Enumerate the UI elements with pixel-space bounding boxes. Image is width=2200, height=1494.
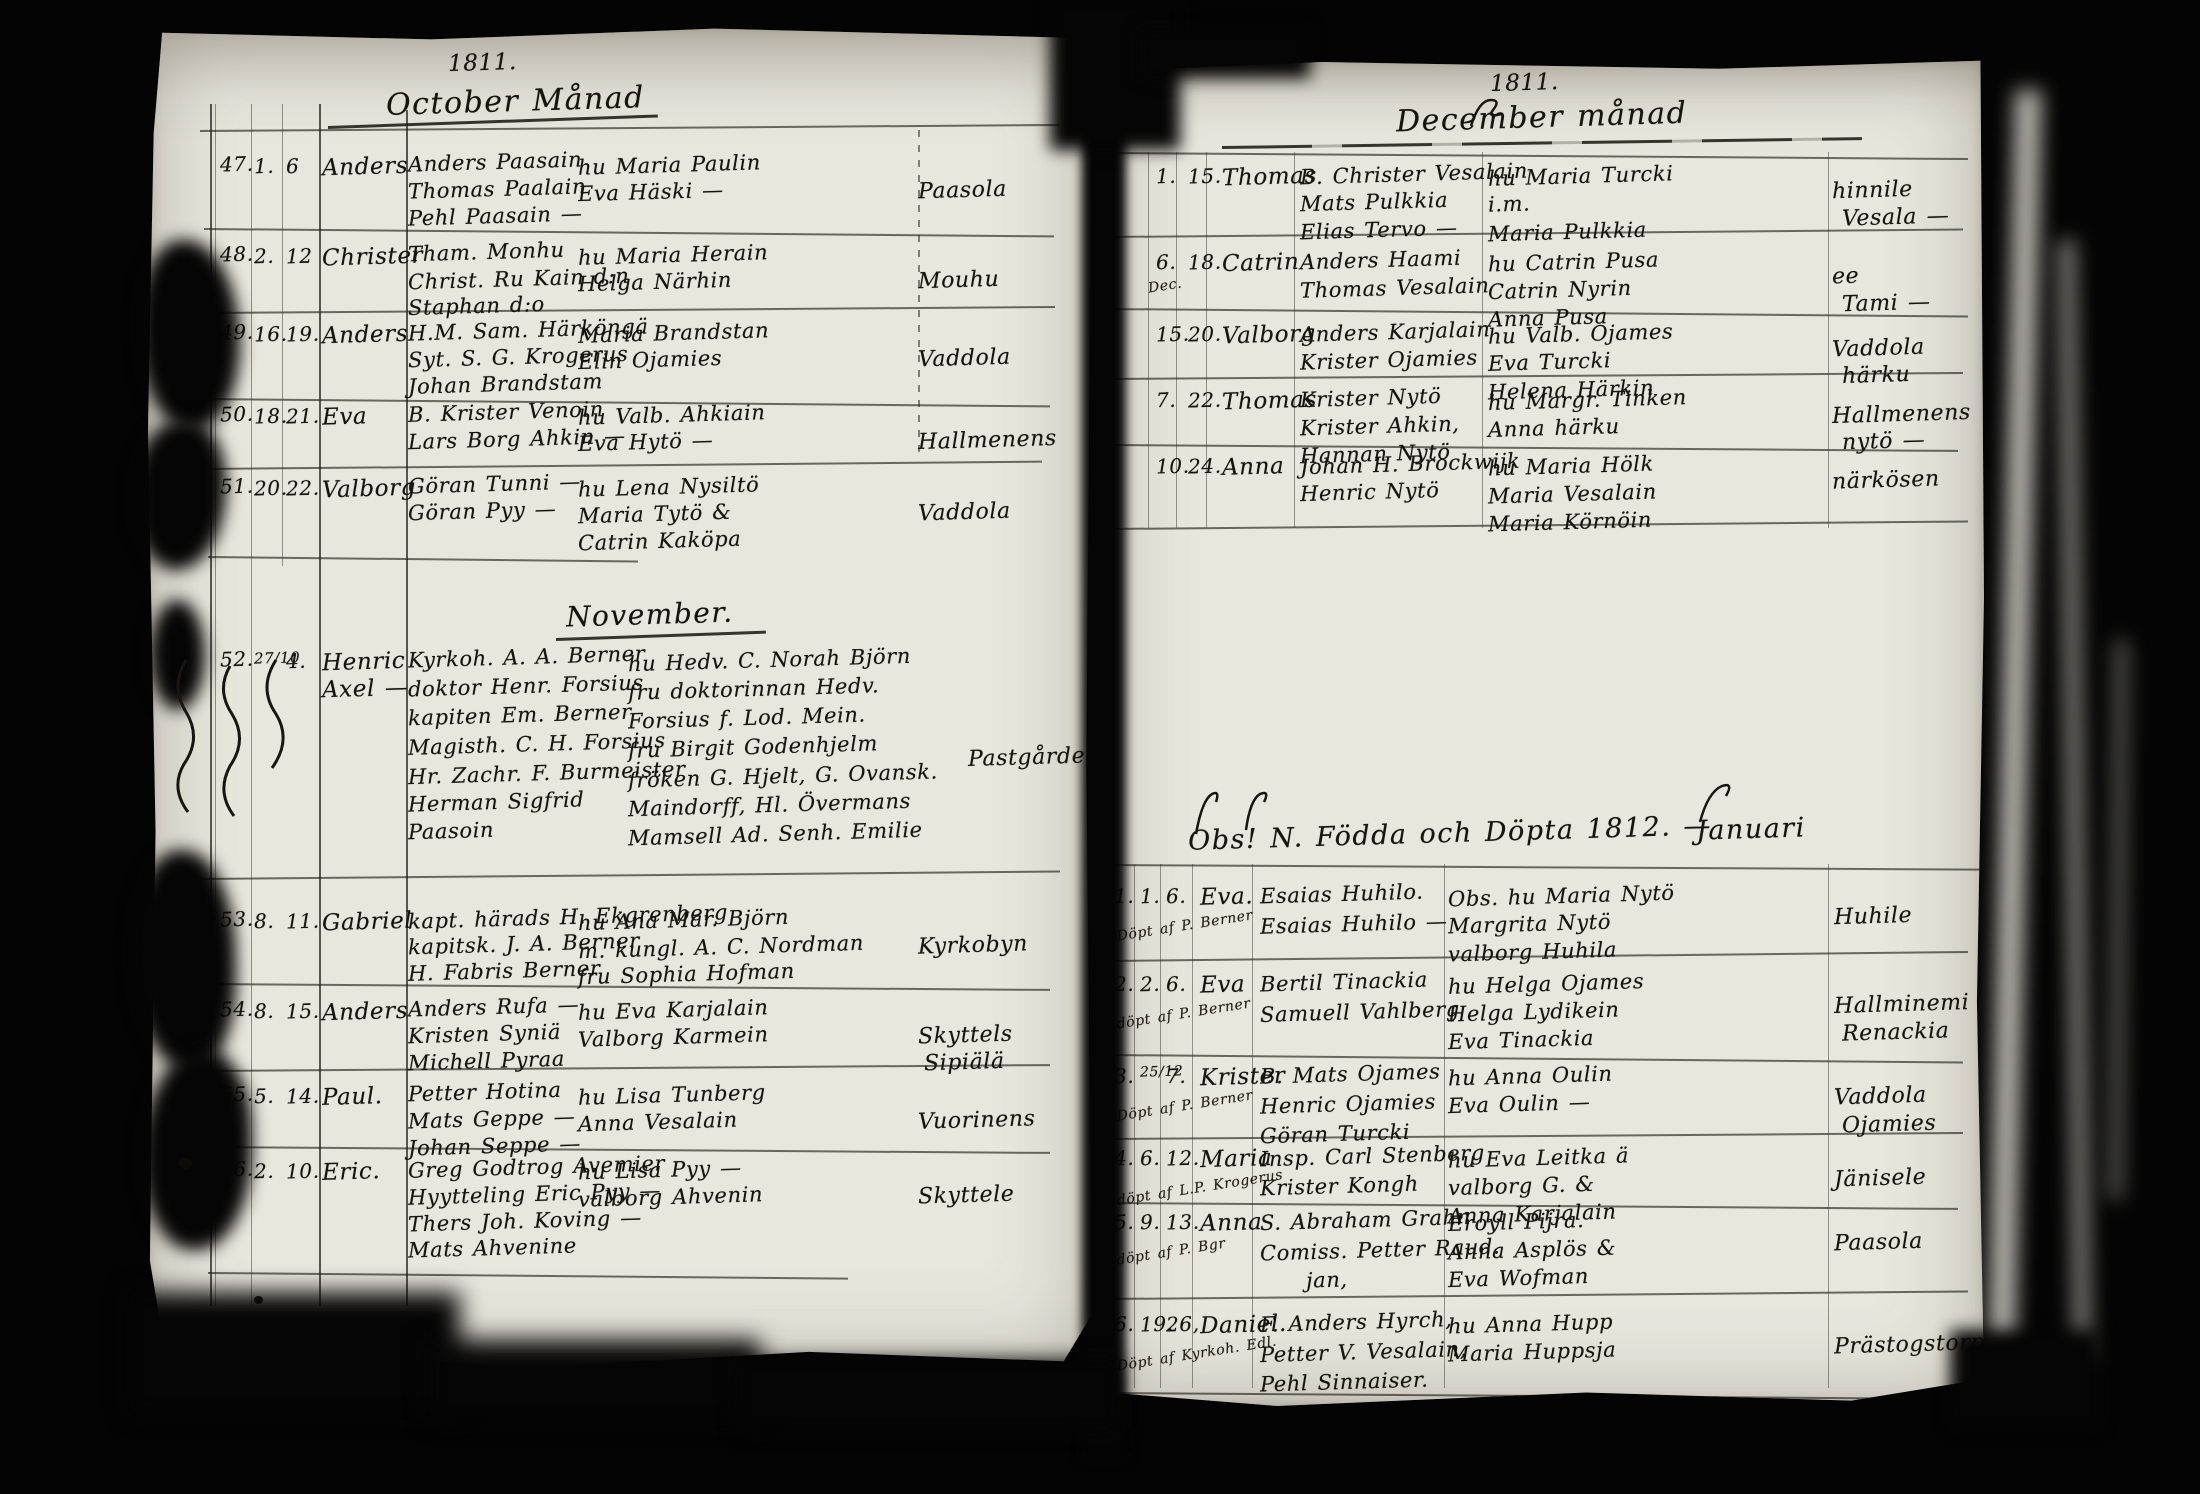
witness-line: Mats Geppe —	[408, 1105, 576, 1134]
christening-date: 19.	[286, 322, 320, 347]
child-name: Anders	[322, 153, 409, 182]
spouse-line: Eva Turcki	[1488, 348, 1612, 376]
spouse-line: Maindorff, Hl. Övermans	[628, 789, 912, 821]
table-line	[200, 1064, 1050, 1072]
witness-line: doktor Henr. Forsius	[408, 671, 644, 702]
spouse-line: hu Margr. Tinken	[1488, 385, 1687, 415]
spouse-line: Maria Pulkkia	[1488, 218, 1647, 247]
spouse-line: Eva Wofman	[1448, 1264, 1590, 1292]
column-line	[1160, 864, 1161, 1388]
place-name: Kyrkobyn	[918, 931, 1029, 959]
child-name: Anders	[322, 998, 409, 1027]
christening-date: 12	[286, 244, 313, 269]
spouse-line: hu Ana Mar. Björn	[578, 905, 790, 935]
witness-line: Henric Nytö	[1300, 478, 1440, 506]
witness-line: Tham. Monhu	[408, 238, 565, 267]
witness-line: Michell Pyraa	[408, 1047, 566, 1076]
table-line	[1108, 1054, 1963, 1063]
spouse-line: hu Maria Herain	[578, 240, 769, 270]
table-line	[1108, 152, 1968, 160]
christening-date: 26,	[1166, 1312, 1200, 1337]
birth-date: 2.	[1140, 972, 1161, 997]
place-name: hinnile	[1832, 177, 1914, 204]
bottom-stain	[740, 1360, 1120, 1430]
torn-edge-streak	[2109, 640, 2128, 1200]
witness-line: Thomas Vesalain	[1300, 273, 1490, 303]
witness-line: Anders Haami	[1300, 246, 1462, 275]
spouse-line: Anna Vesalain	[578, 1108, 738, 1137]
witness-line: Pehl Sinnaiser.	[1260, 1368, 1429, 1397]
spouse-line: hu Lena Nysiltö	[578, 472, 760, 501]
christening-date: 13.	[1166, 1210, 1200, 1235]
birth-date: 2.	[254, 244, 275, 269]
birth-date: 1.	[1156, 164, 1177, 189]
spouse-line: Eva Oulin —	[1448, 1090, 1591, 1118]
witness-line: Krister Kongh	[1260, 1172, 1420, 1201]
place-name: Hallmenens	[1832, 400, 1972, 429]
place-name: Mouhu	[918, 267, 1000, 294]
witness-line: Krister Ahkin,	[1300, 412, 1460, 441]
spouse-line: Maria Tytö &	[578, 500, 732, 529]
witness-line: B. Mats Ojames	[1260, 1059, 1441, 1088]
place-name: Vaddola	[1832, 335, 1925, 363]
place-name-line2: Tami —	[1842, 290, 1931, 318]
scanned-parish-register: 1811.October MånadNovember.47.1.6AndersA…	[0, 0, 2200, 1494]
birth-date: 8.	[254, 909, 275, 934]
row-number: 48.	[220, 242, 254, 267]
spouse-line: Catrin Kaköpa	[578, 527, 742, 556]
spouse-line: Anna Asplös &	[1448, 1236, 1617, 1265]
section-flourish	[1188, 790, 1278, 838]
table-line	[208, 1272, 848, 1280]
christening-date: 6.	[1166, 972, 1187, 997]
birth-date: 20.	[254, 476, 288, 501]
witness-line: Johan Brandstam	[408, 369, 604, 399]
spouse-line: Obs. hu Maria Nytö	[1448, 881, 1675, 912]
spouse-line: fru doktorinnan Hedv.	[628, 673, 880, 704]
spouse-line: hu Eva Karjalain	[578, 995, 769, 1025]
witness-line: Samuell Vahlberg	[1260, 997, 1460, 1027]
witness-line: Anders Karjalain	[1300, 317, 1491, 347]
spouse-line: i.m.	[1488, 191, 1531, 216]
witness-line: jan,	[1306, 1267, 1348, 1292]
witness-line: Pehl Paasain —	[408, 201, 583, 230]
spouse-line: Margrita Nytö	[1448, 910, 1612, 939]
christening-date: 6.	[1166, 884, 1187, 909]
child-name: Eva	[1200, 971, 1246, 998]
bottom-stain	[430, 1340, 760, 1420]
christening-date: 21.	[286, 404, 320, 429]
witness-line: Kristen Syniä	[408, 1020, 562, 1049]
baptism-note: Döpt af P. Berner	[1116, 1087, 1254, 1124]
baptism-note: döpt af P. Bgr	[1115, 1235, 1226, 1268]
place-name: Hallminemi	[1834, 990, 1970, 1019]
witness-line: Göran Pyy —	[408, 497, 557, 525]
birth-date: 1.	[1140, 884, 1161, 909]
birth-date: 10.	[1156, 454, 1190, 479]
spouse-line: Helga Närhin	[578, 268, 733, 297]
spouse-line: hu Maria Hölk	[1488, 452, 1655, 481]
page-top-stain	[1140, 30, 1310, 78]
christening-date: 12.	[1166, 1146, 1200, 1171]
spouse-line: Elin Ojamies	[578, 346, 723, 374]
place-name: Pastgården	[968, 743, 1101, 772]
spouse-line: valborg G. &	[1448, 1172, 1595, 1200]
spouse-line: Maria Vesalain	[1488, 480, 1657, 509]
child-name: Eric.	[322, 1158, 381, 1186]
child-name: Henric	[322, 648, 406, 676]
christening-date: 11.	[286, 909, 320, 934]
witness-line: Esaias Huhilo.	[1260, 880, 1424, 909]
torn-edge-streak	[1989, 90, 2041, 1350]
place-name-line2: Vesala —	[1842, 203, 1950, 231]
witness-line: Petter Hotina	[408, 1078, 562, 1107]
birth-date: 2.	[254, 1159, 275, 1184]
ink-dot	[254, 1296, 263, 1304]
witness-line: Elias Tervo —	[1300, 216, 1458, 245]
place-name-line2: Sipiälä	[924, 1049, 1005, 1076]
spouse-line: hu Helga Ojames	[1448, 969, 1645, 999]
spouse-line: hu Anna Oulin	[1448, 1062, 1613, 1091]
witness-line: Henric Ojamies	[1260, 1089, 1437, 1118]
christening-date: 6	[286, 154, 300, 178]
spouse-line: valborg Huhila	[1448, 937, 1618, 966]
section-heading: November.	[566, 596, 734, 634]
table-line	[1108, 1132, 1963, 1140]
baptism-note: döpt af P. Berner	[1116, 996, 1252, 1033]
witness-line: Staphan d:o	[408, 292, 545, 320]
column-line	[1134, 864, 1135, 1388]
spouse-line: Eva Häski —	[578, 178, 724, 206]
paper-page-right: 1811.December månadObs! N. Födda och Döp…	[1100, 58, 1984, 1406]
spouse-line: hu Valb. Ahkiain	[578, 400, 766, 430]
christening-date: 22.	[286, 476, 320, 501]
christening-date: 18.	[1188, 250, 1222, 275]
month-heading: December månad	[1396, 96, 1688, 140]
ink-blob	[132, 850, 236, 1070]
month-underline	[1222, 137, 1862, 148]
birth-date: 6.	[1140, 1146, 1161, 1171]
child-name: Anders	[322, 321, 409, 350]
column-line	[1252, 864, 1253, 1388]
witness-line: Thomas Paalain	[408, 174, 587, 203]
christening-date: 20.	[1188, 322, 1222, 347]
baptism-note: Döpt af Kyrkoh. Edl.	[1116, 1333, 1278, 1374]
place-name: Skyttels	[918, 1022, 1013, 1050]
table-line	[202, 461, 1042, 470]
witness-line: Anders Rufa —	[408, 992, 580, 1021]
spouse-line: Anna härku	[1488, 414, 1620, 442]
child-name: Anna	[1222, 453, 1285, 481]
spouse-line: Maria Körnöin	[1488, 508, 1653, 537]
baptism-note: Dec.	[1147, 275, 1183, 296]
place-name: Paasola	[918, 177, 1008, 205]
table-line	[200, 306, 1055, 314]
place-name: Vaddola	[1834, 1083, 1927, 1111]
row-number: 47.	[220, 152, 254, 177]
child-name: Gabriel	[322, 908, 413, 937]
spouse-line: hu Lisa Tunberg	[578, 1080, 766, 1110]
witness-line: Krister Ojamies	[1300, 345, 1479, 374]
child-name: Valborg	[322, 475, 417, 504]
spouse-line: Eroyll Pijra.	[1448, 1208, 1585, 1236]
place-name-line2: härku	[1842, 362, 1911, 389]
place-name: Huhile	[1834, 903, 1913, 930]
birth-date: 16.	[254, 322, 288, 347]
spouse-line: hu Anna Hupp	[1448, 1310, 1614, 1339]
child-name: Eva.	[1200, 883, 1254, 911]
spouse-line: Maria Huppsja	[1448, 1338, 1617, 1367]
christening-date: 24.	[1188, 454, 1222, 479]
column-line	[1828, 864, 1829, 1388]
table-line	[1108, 444, 1958, 452]
child-name: Eva	[322, 403, 368, 430]
place-name: närkösen	[1832, 466, 1940, 494]
spouse-line: hu Eva Leitka ä	[1448, 1143, 1630, 1172]
place-name: Skyttele	[918, 1182, 1015, 1210]
witness-line: Göran Tunni —	[408, 469, 582, 498]
spouse-line: Eva Hytö —	[578, 428, 714, 456]
spouse-line: hu Maria Paulin	[578, 150, 762, 179]
witness-line: kapiten Em. Berner	[408, 700, 632, 731]
place-name-line2: Ojamies	[1842, 1111, 1937, 1139]
table-line	[200, 870, 1060, 880]
place-name: Vaddola	[918, 345, 1011, 373]
witness-line: Bertil Tinackia	[1260, 968, 1429, 997]
witness-line: Mats Ahvenine	[408, 1234, 578, 1263]
christening-date: 14.	[286, 1084, 320, 1109]
child-name: Catrin	[1222, 249, 1300, 277]
column-line	[1828, 152, 1829, 528]
column-line	[319, 104, 321, 1306]
torn-edge-streak	[2058, 240, 2091, 1360]
table-line	[204, 228, 1054, 237]
margin-squiggle	[168, 660, 298, 870]
table-line	[208, 556, 638, 563]
spouse-line: fru Sophia Hofman	[578, 959, 795, 989]
witness-line: H. Fabris Berner	[408, 956, 601, 986]
place-name-line2: Renackia	[1842, 1018, 1950, 1046]
witness-line: S. Abraham Grahn	[1260, 1205, 1471, 1235]
witness-line: Herman Sigfrid	[408, 787, 585, 816]
birth-date: 6.	[1156, 250, 1177, 275]
column-line	[1148, 152, 1149, 528]
witness-line: Kyrkoh. A. A. Berner	[408, 641, 646, 672]
year-heading: 1811.	[448, 49, 518, 77]
witness-line: Esaias Huhilo —	[1260, 909, 1448, 939]
spouse-line: Eva Tinackia	[1448, 1026, 1595, 1054]
spouse-line: Catrin Nyrin	[1488, 276, 1632, 304]
christening-date: 15.	[286, 999, 320, 1024]
baptism-note: Döpt af P. Berner	[1116, 907, 1254, 944]
christening-date: 22.	[1188, 388, 1222, 413]
spouse-line: Helga Lydikein	[1448, 997, 1620, 1026]
spouse-line: Maria Brandstan	[578, 318, 770, 348]
christening-date: 7.	[1166, 1064, 1187, 1089]
witness-line: F. Anders Hyrch,	[1260, 1307, 1453, 1337]
birth-date: 1.	[254, 154, 275, 179]
spouse-line: hu Maria Turcki	[1488, 161, 1674, 190]
birth-date: 7.	[1156, 388, 1177, 413]
witness-line: Mats Pulkkia	[1300, 188, 1449, 216]
witness-line: B. Krister Venoin	[408, 397, 604, 427]
ink-dot	[179, 1158, 192, 1169]
child-name-line2: Axel —	[322, 675, 409, 704]
bottom-stain	[130, 1292, 460, 1412]
place-name-line2: nytö —	[1842, 428, 1926, 455]
christening-date: 15.	[1188, 164, 1222, 189]
spouse-line: valborg Ahvenin	[578, 1182, 764, 1211]
birth-date: 15.	[1156, 322, 1190, 347]
table-line	[1108, 1290, 1968, 1300]
birth-date: 5.	[254, 1084, 275, 1109]
christening-date: 10.	[286, 1159, 320, 1184]
spouse-line: hu Valb. Ojames	[1488, 319, 1674, 348]
witness-line: Paasoin	[408, 818, 495, 845]
witness-line: Krister Nytö	[1300, 384, 1442, 412]
spouse-line: Valborg Karmein	[578, 1022, 769, 1052]
place-name: Jänisele	[1834, 1165, 1927, 1193]
januari-flourish	[1692, 782, 1742, 826]
spouse-line: Mamsell Ad. Senh. Emilie	[628, 818, 923, 851]
birth-date: 8.	[254, 999, 275, 1024]
place-name: Hallmenens	[918, 426, 1058, 455]
spouse-line: hu Hedv. C. Norah Björn	[628, 644, 912, 676]
table-line	[1100, 864, 1984, 871]
child-name: Paul.	[322, 1083, 383, 1111]
place-name: Vuorinens	[918, 1106, 1036, 1134]
place-name: ee	[1832, 264, 1860, 290]
witness-line: Petter V. Vesalain,	[1260, 1337, 1468, 1367]
place-name: Paasola	[1834, 1229, 1924, 1257]
corner-stain	[1950, 1330, 2100, 1425]
birth-date: 9.	[1140, 1210, 1161, 1235]
column-line	[1192, 864, 1193, 1388]
witness-line: Anders Paasain	[408, 147, 583, 176]
table-line	[1108, 1392, 1968, 1400]
place-name: Vaddola	[918, 499, 1011, 527]
spouse-line: hu Catrin Pusa	[1488, 247, 1660, 276]
spouse-line: Forsius f. Lod. Mein.	[628, 702, 866, 733]
gutter-shadow	[1082, 0, 1126, 1460]
child-name: Anna	[1200, 1209, 1263, 1237]
spouse-line: hu Lisa Pyy —	[578, 1156, 742, 1185]
header-flourish	[1465, 92, 1505, 132]
birth-date: 18.	[254, 404, 288, 429]
